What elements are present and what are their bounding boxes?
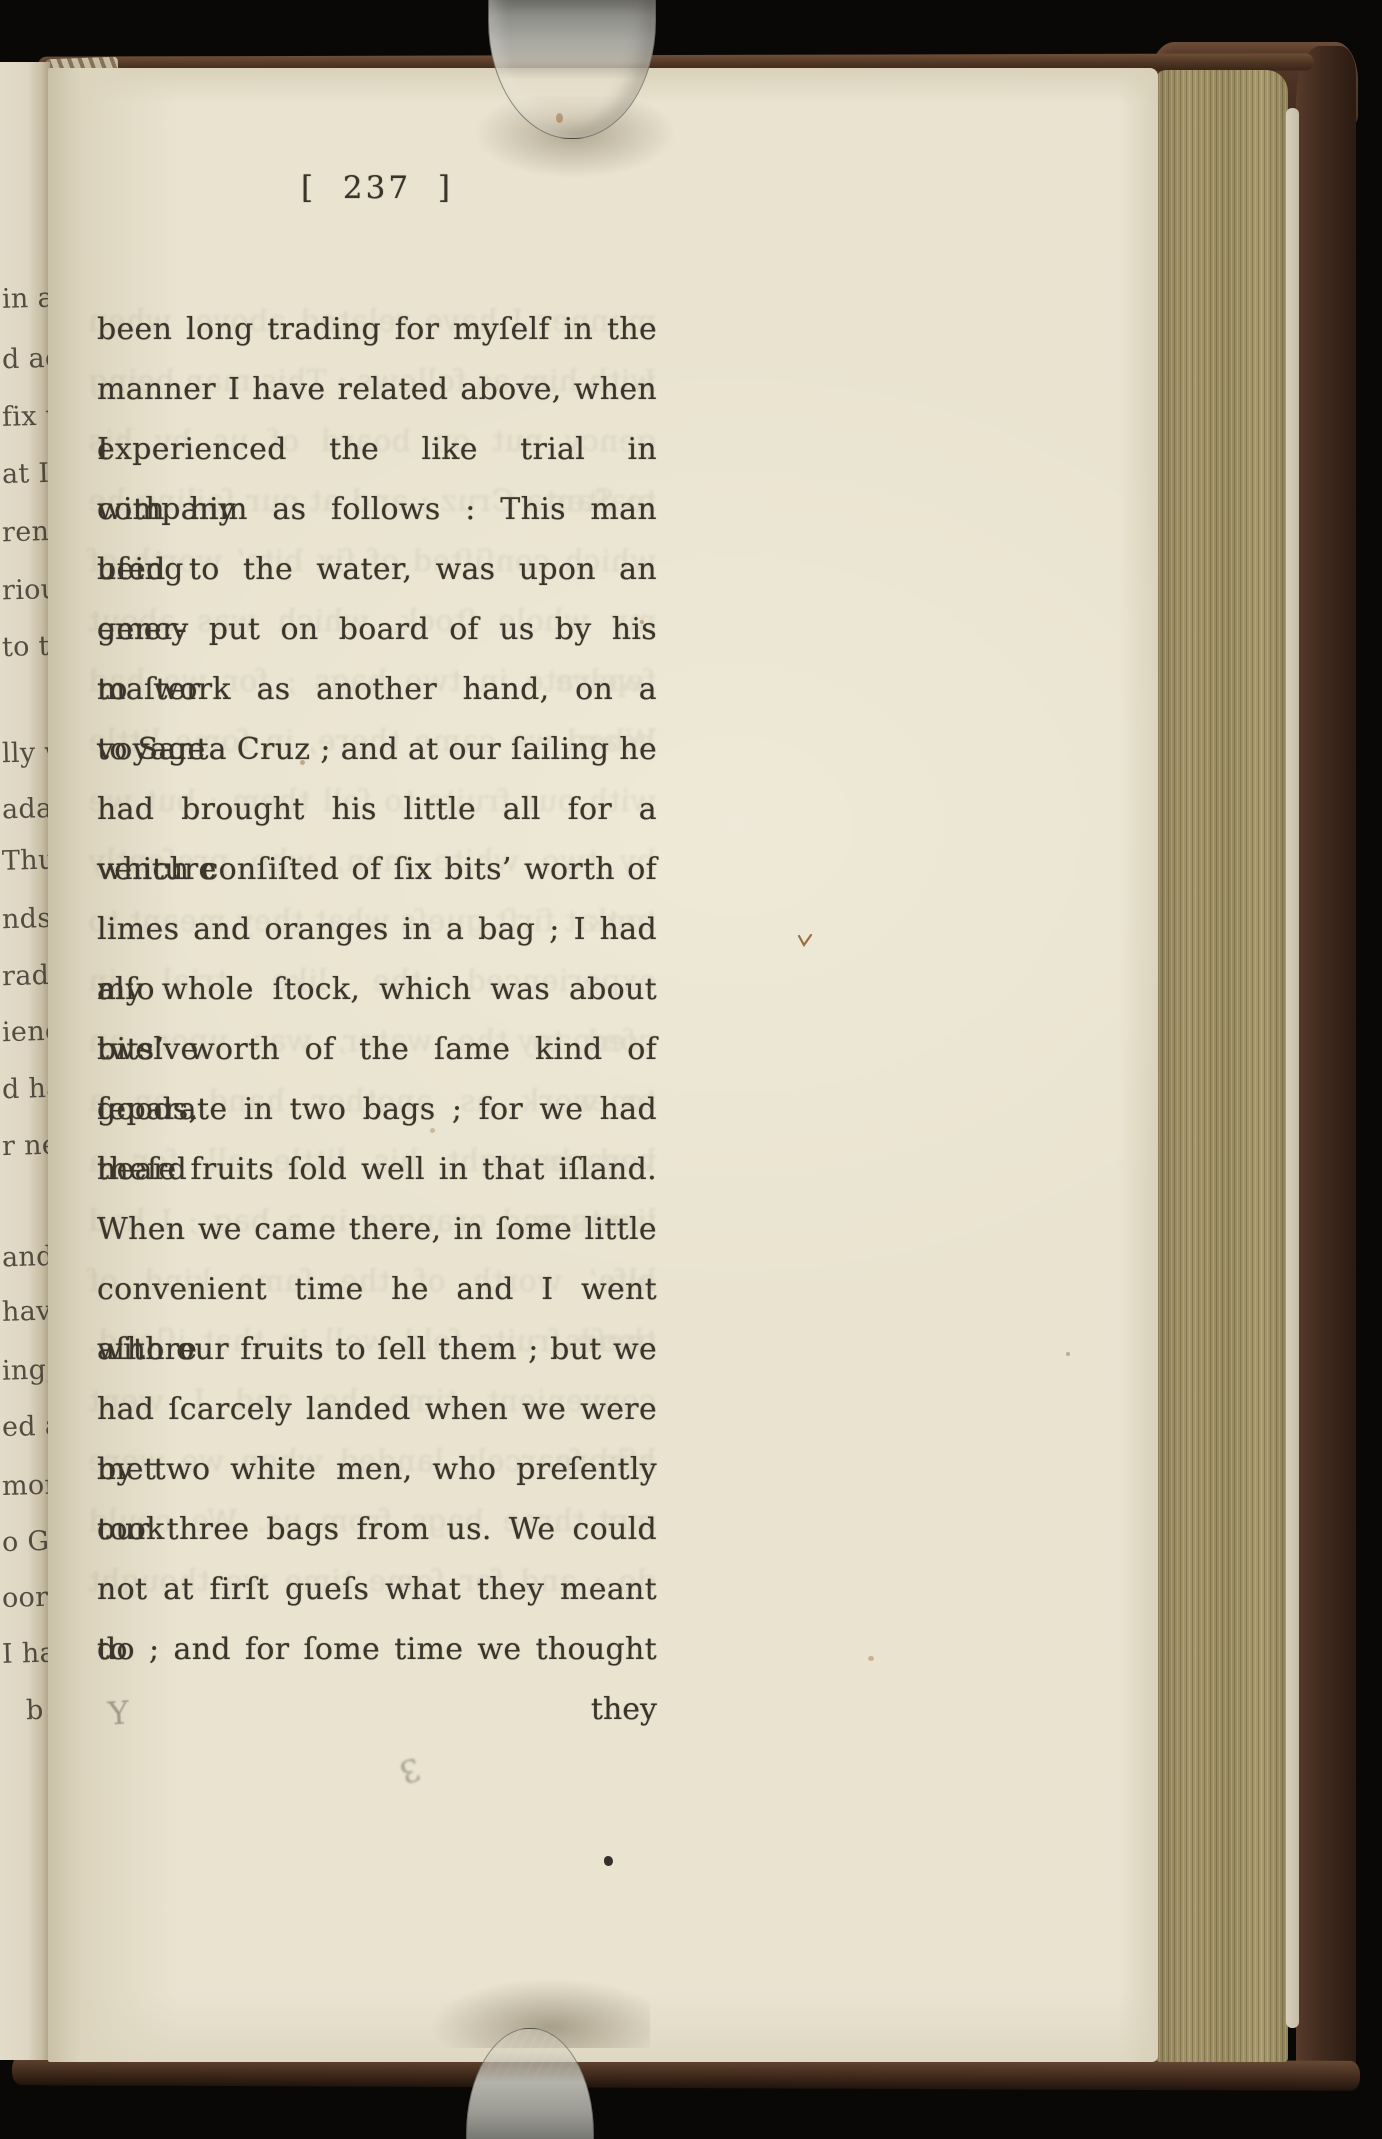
page-edge-fragment: ed an (2, 1410, 50, 1443)
text-line: with our fruits to ſell them ; but we (97, 1320, 657, 1380)
page-edge-fragment: lly whe (2, 736, 50, 770)
paper-speck (300, 760, 305, 765)
page-edge-fragment: have (2, 1295, 50, 1328)
text-line: experienced the like trial in company (97, 420, 657, 480)
page-edge-fragment: at I w (2, 457, 50, 490)
page-edge-fragment: d acqu (2, 342, 50, 375)
signature-mark: Y (107, 1693, 131, 1732)
page-edge-fragment: rading (2, 959, 50, 992)
page-edge-fragment: nds up (2, 902, 50, 935)
page-edge-fragment: ienced (2, 1015, 50, 1048)
text-line: my whole ſtock, which was about twelve (97, 960, 657, 1020)
page-edge-fragment: to tun (2, 630, 50, 663)
text-line: been long trading for myſelf in the (97, 300, 657, 360)
text-line: manner I have related above, when I (97, 360, 657, 420)
text-line: convenient time he and I went aſhore (97, 1260, 657, 1320)
text-line: to Santa Cruz ; and at our ſailing he (97, 720, 657, 780)
text-line: which conſiſted of ſix bits’ worth of (97, 840, 657, 900)
fore-edge-paper-sliver (1286, 108, 1299, 2028)
margin-tick-mark (797, 933, 813, 952)
text-line: by two white men, who preſently took (97, 1440, 657, 1500)
page-edge-fragment: r negr (2, 1129, 50, 1162)
text-line: to work as another hand, on a voyage (97, 660, 657, 720)
page-edge-fragment: and, an (2, 1240, 50, 1274)
paper-speck (1066, 1352, 1070, 1356)
text-line: not at firſt gueſs what they meant to (97, 1560, 657, 1620)
catchword: they (97, 1680, 657, 1740)
body-text-block: been long trading for myſelf in the mann… (97, 300, 657, 1680)
text-line: had brought his little all for a venture (97, 780, 657, 840)
text-line: uſed to the water, was upon an emer- (97, 540, 657, 600)
page-edge-fragment: o God (2, 1525, 50, 1558)
text-line: do ; and for ſome time we thought (97, 1620, 657, 1680)
text-line: gency put on board of us by his maſter (97, 600, 657, 660)
page-edge-fragment: I had (2, 1637, 50, 1670)
facing-page-edge: in all d acqu fix w at I w rent ila riou… (0, 62, 50, 2060)
page-edge-fragment: ing, (2, 1354, 50, 1386)
text-line: limes and oranges in a bag ; I had alſo (97, 900, 657, 960)
text-line: ſeparate in two bags ; for we had heard (97, 1080, 657, 1140)
text-line: had ſcarcely landed when we were met (97, 1380, 657, 1440)
page-edge-fragment: more (2, 1469, 50, 1502)
page-block-fore-edge (1156, 70, 1288, 2062)
page-edge-fragment: fix w (2, 400, 50, 433)
page-edge-fragment: b (26, 1695, 44, 1726)
ink-speck (604, 1856, 613, 1866)
paper-speck (640, 620, 644, 624)
text-line: When we came there, in ſome little (97, 1200, 657, 1260)
text-line: our three bags from us. We could (97, 1500, 657, 1560)
paper-speck (430, 1128, 435, 1133)
page-edge-fragment: in all (2, 282, 50, 315)
page-edge-fragment: ada, an (2, 792, 50, 826)
book-photo: in all d acqu fix w at I w rent ila riou… (0, 0, 1382, 2139)
paper-speck (868, 1656, 874, 1661)
page-edge-fragment: rent ila (2, 515, 50, 549)
page-edge-fragment: rious th (2, 573, 50, 607)
text-line: theſe fruits ſold well in that iſland. (97, 1140, 657, 1200)
page-edge-fragment: oor fi (2, 1581, 50, 1614)
text-line: bits’ worth of the ſame kind of goods, (97, 1020, 657, 1080)
page-edge-fragment: d have (2, 1072, 50, 1105)
page-edge-fragment: Thus (2, 844, 50, 877)
leather-cover-right-edge (1296, 46, 1356, 2088)
text-line: with him as follows : This man being (97, 480, 657, 540)
